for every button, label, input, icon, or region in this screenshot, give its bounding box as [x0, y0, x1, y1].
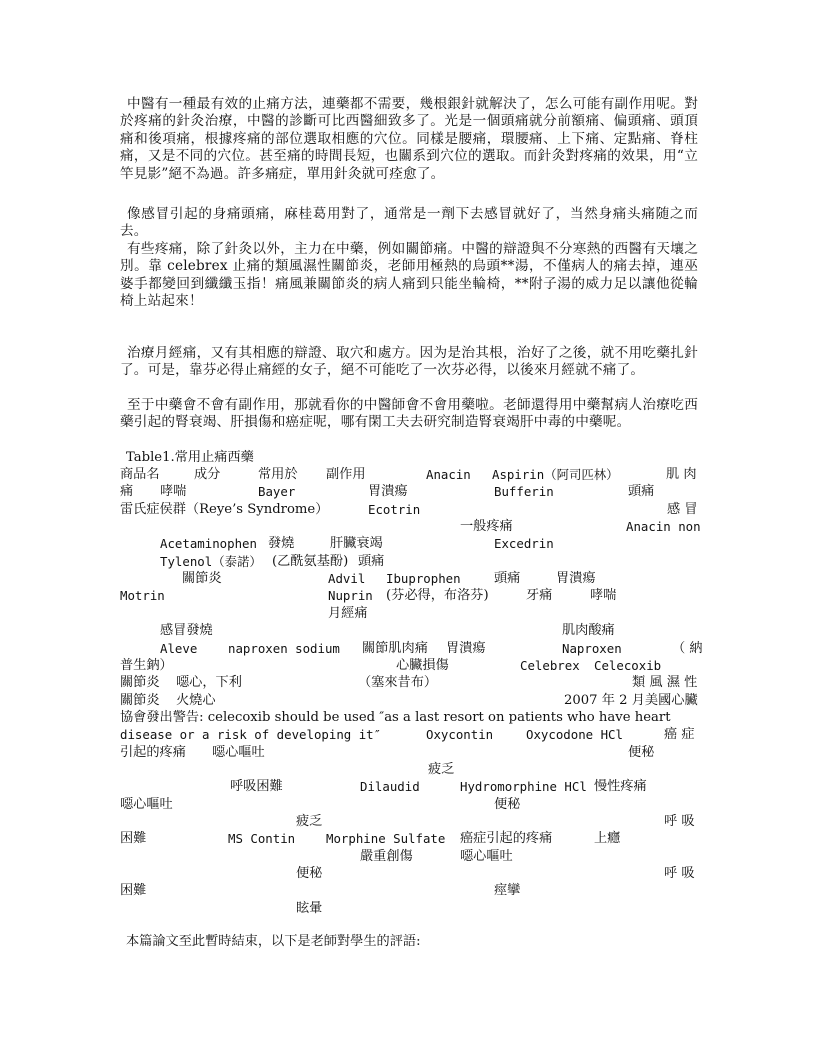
- table-cell: 副作用: [326, 466, 366, 483]
- table-cell: 關節肌肉痛: [362, 640, 428, 657]
- table-cell: 疲乏: [296, 813, 322, 830]
- table-cell: Tylenol（泰諾）: [160, 553, 262, 570]
- table-cell: 癌症引起的疼痛: [460, 830, 552, 847]
- table-cell: 肌肉酸痛: [562, 622, 615, 639]
- table-cell: Aspirin（阿司匹林）: [492, 466, 619, 483]
- table-cell: Morphine Sulfate: [326, 830, 445, 847]
- table-cell: (乙酰氨基酚): [272, 553, 348, 570]
- table-cell: 心臟損傷: [396, 657, 449, 674]
- table-cell: Oxycodone HCl: [526, 726, 623, 743]
- table-cell: 哮喘: [590, 587, 616, 604]
- table-cell: 關節炎: [182, 570, 222, 587]
- table-cell: Bufferin: [494, 483, 554, 500]
- table-cell: Celebrex: [520, 657, 580, 674]
- table-cell: 噁心嘔吐: [460, 848, 513, 865]
- table-cell: 火燒心: [176, 692, 216, 709]
- table-cell: 呼 吸: [664, 813, 695, 830]
- table-cell: 便秘: [628, 744, 654, 761]
- table-cell: Ibuprophen: [386, 570, 461, 587]
- table-cell: 胃潰瘍: [368, 483, 408, 500]
- table-cell: Naproxen: [562, 640, 622, 657]
- table-cell: 噁心嘔吐: [212, 744, 265, 761]
- paragraph-joint-pain: 有些疼痛，除了針灸以外，主力在中藥，例如關節痛。中醫的辯證與不分寒熱的西醫有天壤…: [120, 241, 698, 311]
- table-cell: 困難: [120, 830, 146, 847]
- table-cell: MS Contin: [228, 830, 295, 847]
- table-cell: 哮喘: [160, 483, 186, 500]
- table-cell: Dilaudid: [360, 778, 420, 795]
- table-cell: 痙攣: [494, 882, 520, 899]
- table-cell: disease or a risk of developing it″: [120, 726, 381, 743]
- table-cell: 慢性疼痛: [594, 778, 647, 795]
- table-cell: 常用於: [258, 466, 298, 483]
- table-cell: Nuprin: [328, 587, 373, 604]
- table-cell: 癌 症: [664, 726, 695, 743]
- table-cell: 感冒發燒: [160, 622, 213, 639]
- table-cell: Ecotrin: [368, 501, 420, 518]
- table-cell: Acetaminophen: [160, 535, 257, 552]
- table-cell: 便秘: [494, 796, 520, 813]
- table-cell: 肝臟衰竭: [330, 535, 383, 552]
- table-cell: 一般疼痛: [460, 518, 513, 535]
- table-cell: 月經痛: [328, 605, 368, 622]
- table-cell: 感 冒: [667, 501, 698, 518]
- paragraph-menstrual-pain: 治療月經痛，又有其相應的辯證、取穴和處方。因为是治其根，治好了之後，就不用吃藥扎…: [120, 345, 698, 380]
- closing-line: 本篇論文至此暫時結束，以下是老師對學生的評語:: [126, 933, 421, 950]
- table-cell: 類 風 濕 性: [632, 674, 697, 691]
- table-cell: Celecoxib: [594, 657, 661, 674]
- table-cell: 關節炎: [120, 674, 160, 691]
- table-cell: 協會發出警告: celecoxib should be used ″as a l…: [120, 709, 671, 726]
- table-cell: Motrin: [120, 587, 165, 604]
- table-cell: 胃潰瘍: [446, 640, 486, 657]
- document-page: 中醫有一種最有效的止痛方法，連藥都不需要，幾根銀針就解決了，怎么可能有副作用呢。…: [0, 0, 816, 1056]
- table-cell: 疲乏: [428, 761, 454, 778]
- paragraph-cold-headache: 像感冒引起的身痛頭痛，麻桂葛用對了，通常是一劑下去感冒就好了，当然身痛头痛随之而…: [120, 206, 698, 241]
- table-cell: 商品名: [120, 466, 160, 483]
- table-cell: 牙痛: [526, 587, 552, 604]
- table-cell: 眩暈: [296, 900, 322, 917]
- paragraph-side-effects: 至于中藥會不會有副作用，那就看你的中醫師會不會用藥啦。老師還得用中藥幫病人治療吃…: [120, 397, 698, 432]
- table-cell: 噁心嘔吐: [120, 796, 173, 813]
- table-cell: 成分: [194, 466, 220, 483]
- table-cell: (芬必得，布洛芬): [386, 587, 489, 604]
- table-cell: Anacin non: [626, 518, 701, 535]
- table-cell: 普生鈉）: [120, 657, 173, 674]
- table-cell: 噁心，下利: [176, 674, 242, 691]
- table-cell: 發燒: [268, 535, 294, 552]
- table-cell: Advil: [328, 570, 365, 587]
- table-cell: 困難: [120, 882, 146, 899]
- table-cell: 呼吸困難: [230, 778, 283, 795]
- table-cell: 便秘: [296, 865, 322, 882]
- table-cell: Anacin: [426, 466, 471, 483]
- table-cell: 痛: [120, 483, 133, 500]
- table-cell: 上癮: [594, 830, 620, 847]
- paragraph-acupuncture: 中醫有一種最有效的止痛方法，連藥都不需要，幾根銀針就解決了，怎么可能有副作用呢。…: [120, 96, 698, 183]
- table-cell: 頭痛: [358, 553, 384, 570]
- table-cell: Aleve: [160, 640, 197, 657]
- table-cell: naproxen sodium: [228, 640, 340, 657]
- table-cell: （ 納: [672, 640, 703, 657]
- table-cell: 頭痛: [494, 570, 520, 587]
- table-cell: 呼 吸: [664, 865, 695, 882]
- table-cell: Hydromorphine HCl: [460, 778, 587, 795]
- table-cell: （塞來昔布）: [358, 674, 437, 691]
- table-cell: 頭痛: [628, 483, 654, 500]
- table-cell: Bayer: [258, 483, 295, 500]
- table-cell: Oxycontin: [426, 726, 493, 743]
- table-cell: 嚴重創傷: [360, 848, 413, 865]
- table-cell: 胃潰瘍: [556, 570, 596, 587]
- table-cell: 引起的疼痛: [120, 744, 186, 761]
- table-caption: Table1.常用止痛西藥: [126, 449, 254, 466]
- table-cell: 2007 年 2 月美國心臟: [564, 692, 698, 709]
- table-cell: Excedrin: [494, 535, 554, 552]
- table-cell: 肌 肉: [666, 466, 697, 483]
- table-cell: 關節炎: [120, 692, 160, 709]
- table-cell: 雷氏症侯群（Reye’s Syndrome）: [120, 501, 328, 518]
